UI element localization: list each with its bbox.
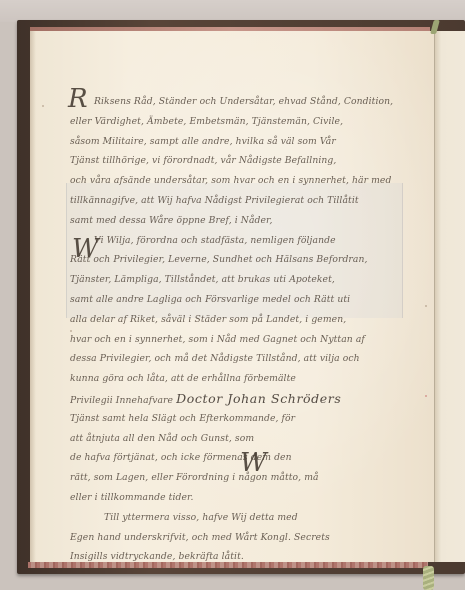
gutter-shadow bbox=[30, 31, 36, 562]
text-line: Tjänst samt hela Slägt och Efterkommande… bbox=[70, 409, 400, 429]
text-line: hvar och en i synnerhet, som i Nåd med G… bbox=[70, 330, 400, 350]
text-line: eller i tillkommande tider. bbox=[70, 488, 400, 508]
text-line: dessa Privilegier, och må det Nådigste T… bbox=[70, 349, 400, 369]
text-line: rätt, som Lagen, eller Förordning i någo… bbox=[70, 468, 400, 488]
text-line: Insigills vidtryckande, bekräfta låtit. bbox=[70, 547, 400, 567]
text-line: Tjänst tillhörige, vi förordnadt, vår Nå… bbox=[70, 151, 400, 171]
manuscript-text: Riksens Råd, Ständer och Undersåtar, ehv… bbox=[70, 92, 400, 567]
text-line: Tjänster, Lämpliga, Tillståndet, att bru… bbox=[70, 270, 400, 290]
text-line: Till yttermera visso, hafve Wij detta me… bbox=[70, 508, 400, 528]
text-line: Privilegii Innehafvare Doctor Johan Schr… bbox=[70, 389, 400, 409]
text-fragment: Privilegii Innehafvare bbox=[70, 395, 173, 406]
text-line: de hafva förtjänat, och icke förmenas de… bbox=[70, 448, 400, 468]
text-line: och våra afsände undersåtar, som hvar oc… bbox=[70, 171, 400, 191]
next-page-edge bbox=[434, 31, 465, 562]
text-line: samt alle andre Lagliga och Försvarlige … bbox=[70, 290, 400, 310]
text-line: att åtnjuta all den Nåd och Gunst, som bbox=[70, 429, 400, 449]
text-line: tillkännagifve, att Wij hafva Nådigst Pr… bbox=[70, 191, 400, 211]
text-line: Rätt och Privilegier, Leverne, Sundhet o… bbox=[70, 250, 400, 270]
text-line: såsom Militaire, sampt alle andre, hvilk… bbox=[70, 132, 400, 152]
text-line: Egen hand underskrifvit, och med Wårt Ko… bbox=[70, 528, 400, 548]
ribbon-bookmark-tail-icon[interactable] bbox=[423, 566, 434, 590]
background-wall bbox=[0, 0, 465, 22]
text-line: samt med dessa Wåre öppne Bref, i Nåder, bbox=[70, 211, 400, 231]
text-line: eller Värdighet, Ämbete, Embetsmän, Tjän… bbox=[70, 112, 400, 132]
text-line: alla delar af Riket, såväl i Städer som … bbox=[70, 310, 400, 330]
text-line: Riksens Råd, Ständer och Undersåtar, ehv… bbox=[70, 92, 400, 112]
text-line: kunna göra och låta, att de erhållna för… bbox=[70, 369, 400, 389]
emphasized-name: Doctor Johan Schröders bbox=[176, 391, 341, 406]
text-line: Vi Wilja, förordna och stadfästa, nemlig… bbox=[70, 231, 400, 251]
